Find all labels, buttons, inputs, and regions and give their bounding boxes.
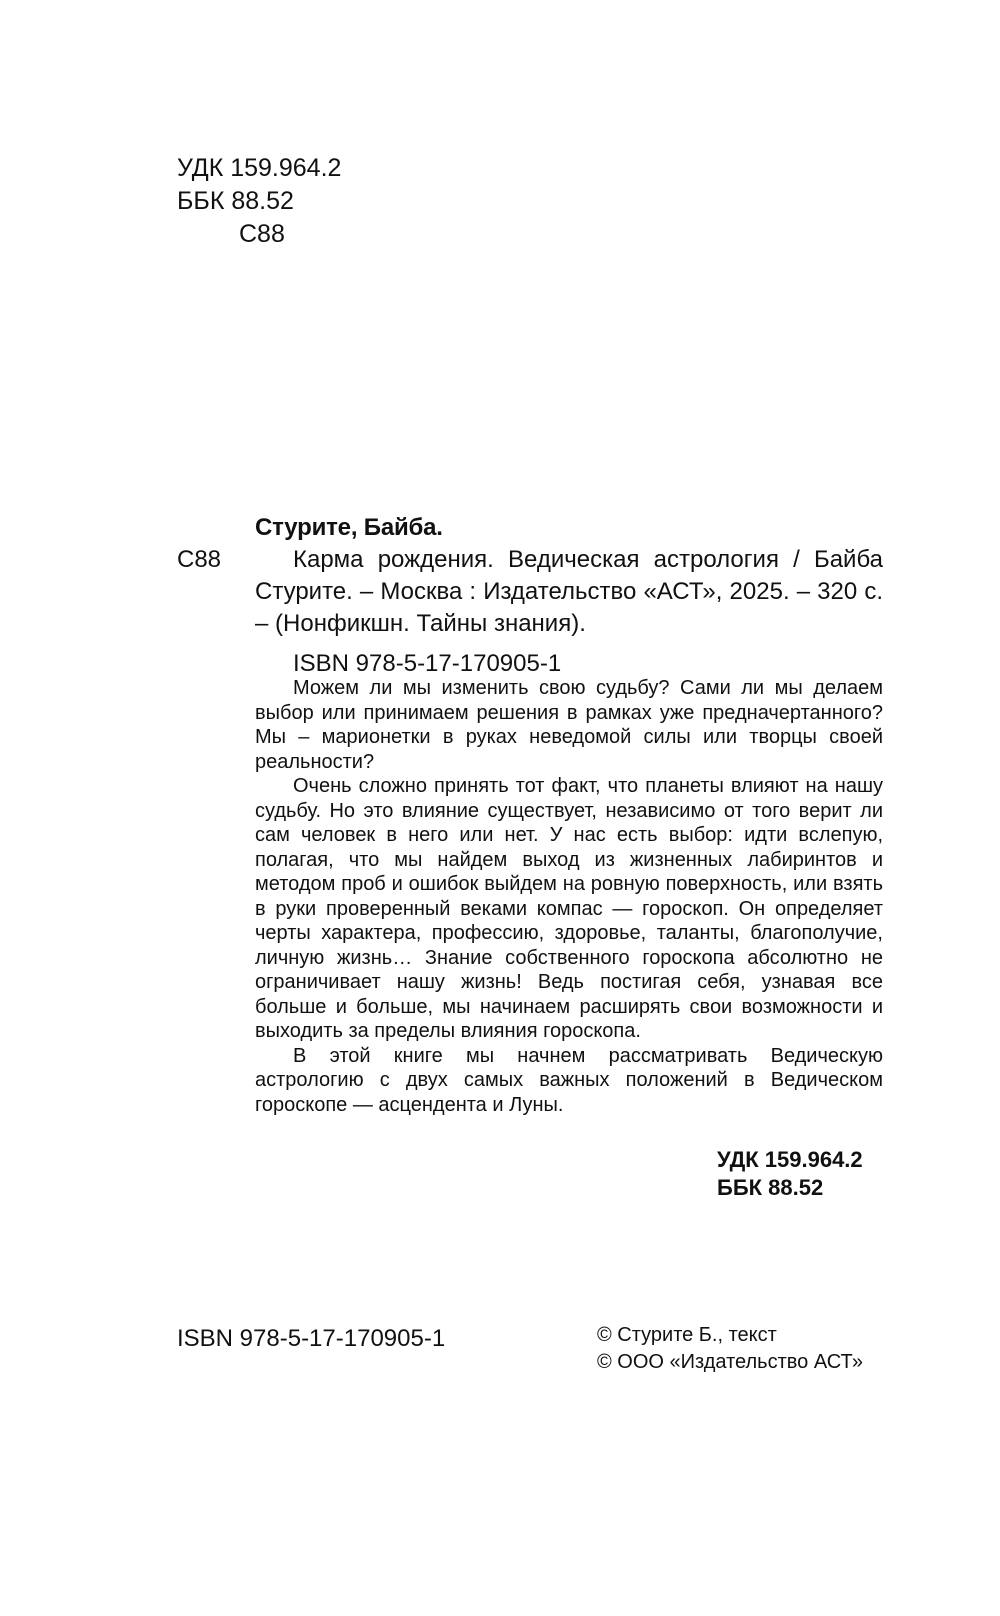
classification-footer: УДК 159.964.2 ББК 88.52 bbox=[717, 1146, 863, 1202]
copyright-block: © Стурите Б., текст © ООО «Издательство … bbox=[597, 1322, 863, 1376]
record-body: С88 Карма рождения. Ведическая астрологи… bbox=[177, 544, 883, 640]
bbk-code: ББК 88.52 bbox=[177, 185, 341, 218]
record-author: Стурите, Байба. bbox=[255, 512, 883, 544]
bbk-code-bottom: ББК 88.52 bbox=[717, 1174, 863, 1202]
udk-code: УДК 159.964.2 bbox=[177, 152, 341, 185]
udk-code-bottom: УДК 159.964.2 bbox=[717, 1146, 863, 1174]
copyright-author: © Стурите Б., текст bbox=[597, 1322, 863, 1349]
bibliographic-record: Стурите, Байба. С88 Карма рождения. Веди… bbox=[177, 512, 883, 680]
author-mark: С88 bbox=[177, 218, 341, 251]
annotation-paragraph: Очень сложно принять тот факт, что плане… bbox=[255, 774, 883, 1044]
annotation: Можем ли мы изменить свою судьбу? Сами л… bbox=[255, 676, 883, 1117]
annotation-paragraph: В этой книге мы начнем рассматривать Вед… bbox=[255, 1044, 883, 1118]
classification-header: УДК 159.964.2 ББК 88.52 С88 bbox=[177, 152, 341, 251]
copyright-publisher: © ООО «Издательство АСТ» bbox=[597, 1349, 863, 1376]
record-description: Карма рождения. Ведическая астрология / … bbox=[255, 544, 883, 640]
record-author-mark: С88 bbox=[177, 544, 221, 576]
footer-isbn: ISBN 978-5-17-170905-1 bbox=[177, 1324, 445, 1354]
annotation-paragraph: Можем ли мы изменить свою судьбу? Сами л… bbox=[255, 676, 883, 774]
